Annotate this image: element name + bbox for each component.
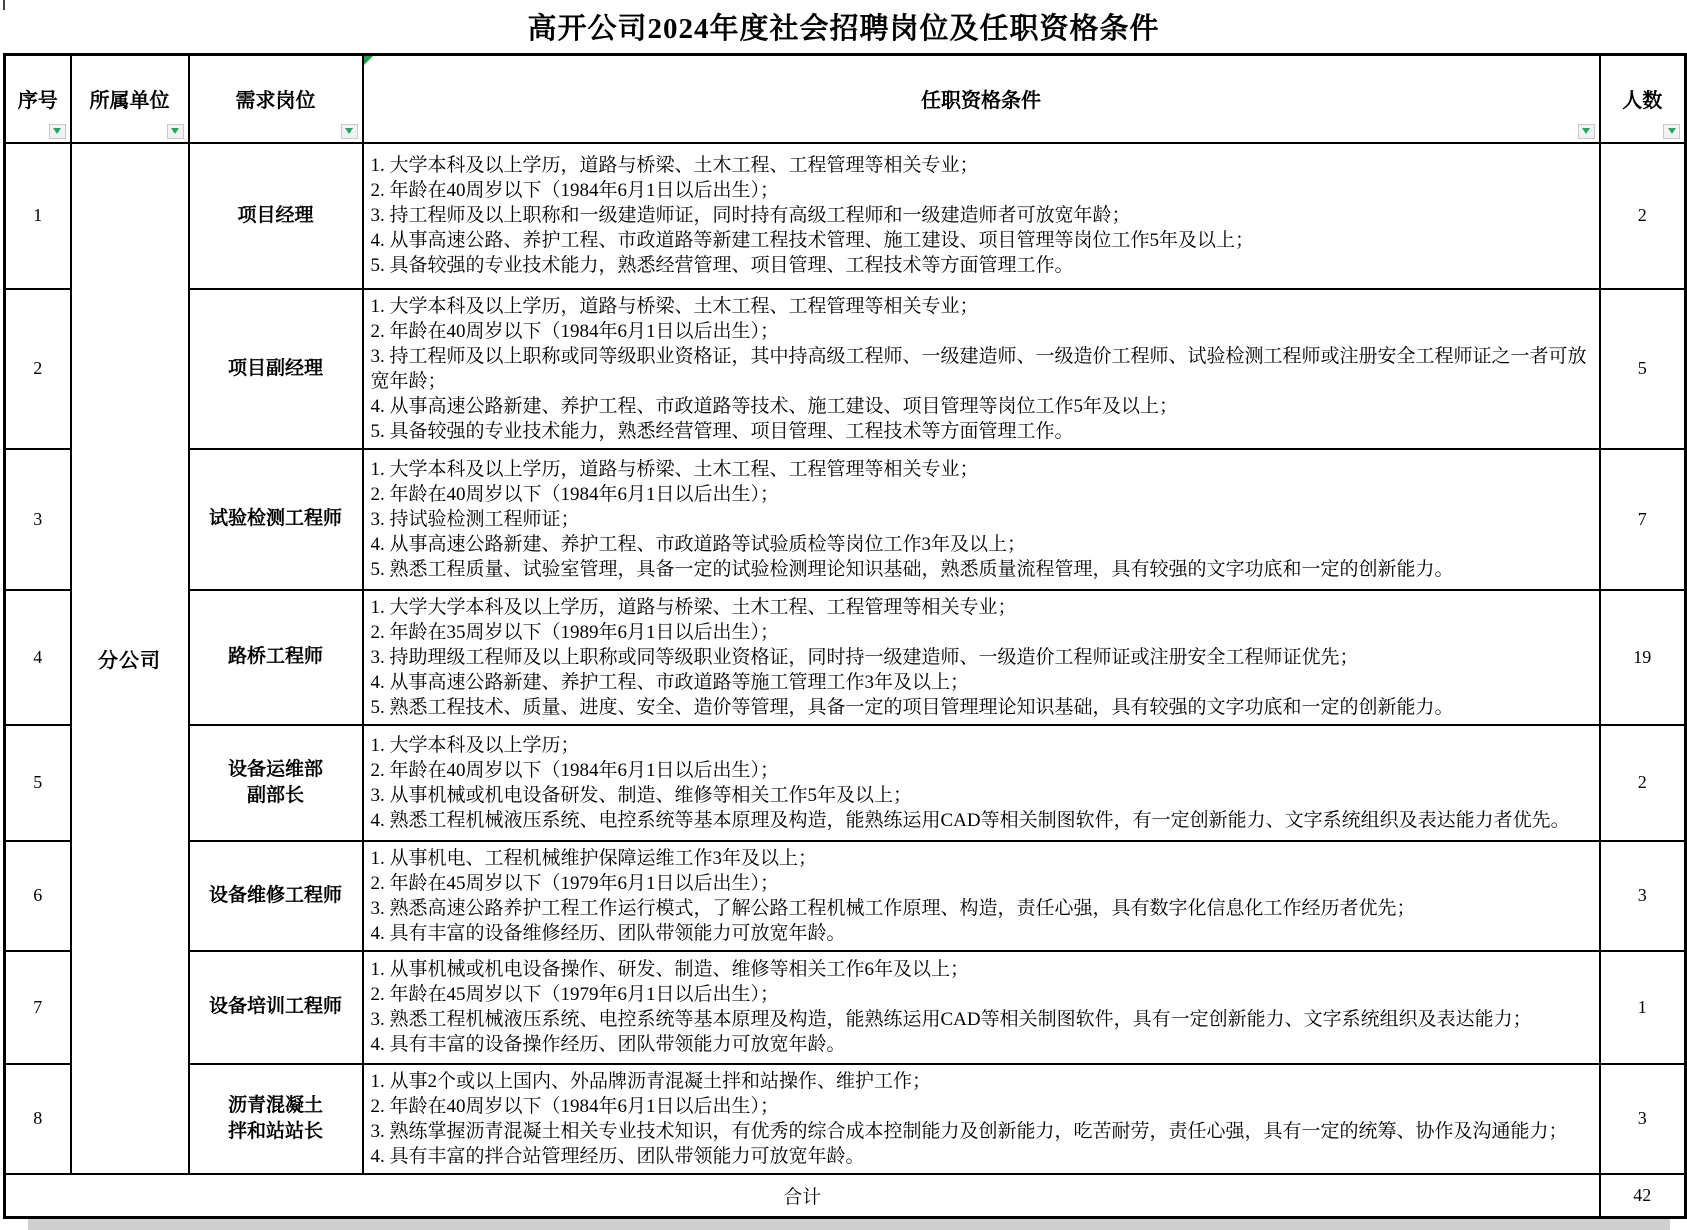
filter-dropdown-icon (1582, 128, 1590, 134)
recruitment-table: 序号 所属单位 需求岗位 任职资格条件 人数 1 分公司 (3, 53, 1687, 1219)
requirement-item: 3. 熟悉工程机械液压系统、电控系统等基本原理及构造，能熟练运用CAD等相关制图… (371, 1007, 1587, 1032)
requirement-item: 4. 具有丰富的设备操作经历、团队带领能力可放宽年龄。 (371, 1032, 1587, 1057)
requirement-item: 2. 年龄在40周岁以下（1984年6月1日以后出生）； (371, 1094, 1587, 1119)
requirement-item: 4. 从事高速公路、养护工程、市政道路等新建工程技术管理、施工建设、项目管理等岗… (371, 228, 1587, 253)
header-headcount: 人数 (1600, 55, 1686, 143)
qualifications-cell: 1. 大学本科及以上学历，道路与桥梁、土木工程、工程管理等相关专业； 2. 年龄… (363, 449, 1600, 590)
filter-dropdown-icon (1668, 128, 1676, 134)
table-row: 7 设备培训工程师 1. 从事机械或机电设备操作、研发、制造、维修等相关工作6年… (5, 951, 1686, 1064)
position-cell: 设备培训工程师 (189, 951, 363, 1064)
row-number-cell: 5 (5, 725, 71, 841)
headcount-cell: 1 (1600, 951, 1686, 1064)
row-number-cell: 1 (5, 143, 71, 289)
requirement-item: 3. 持工程师及以上职称或同等级职业资格证，其中持高级工程师、一级建造师、一级造… (371, 344, 1587, 394)
headcount-cell: 2 (1600, 143, 1686, 289)
filter-dropdown-button-no[interactable] (49, 124, 66, 139)
header-unit-label: 所属单位 (90, 90, 170, 112)
unit-merged-cell: 分公司 (71, 143, 189, 1174)
cell-corner-marker-icon (364, 56, 373, 65)
header-qualifications-label: 任职资格条件 (921, 90, 1041, 112)
position-line: 项目经理 (190, 203, 362, 229)
position-line: 项目副经理 (190, 356, 362, 382)
qualifications-cell: 1. 大学本科及以上学历，道路与桥梁、土木工程、工程管理等相关专业； 2. 年龄… (363, 289, 1600, 449)
qualifications-cell: 1. 从事机电、工程机械维护保障运维工作3年及以上； 2. 年龄在45周岁以下（… (363, 841, 1600, 951)
requirement-item: 4. 从事高速公路新建、养护工程、市政道路等试验质检等岗位工作3年及以上； (371, 532, 1587, 557)
position-cell: 设备维修工程师 (189, 841, 363, 951)
row-number-cell: 8 (5, 1064, 71, 1174)
requirement-item: 1. 从事机电、工程机械维护保障运维工作3年及以上； (371, 846, 1587, 871)
total-label-cell: 合计 (5, 1174, 1600, 1218)
filter-dropdown-icon (171, 128, 179, 134)
headcount-cell: 5 (1600, 289, 1686, 449)
row-number-cell: 6 (5, 841, 71, 951)
requirement-item: 3. 从事机械或机电设备研发、制造、维修等相关工作5年及以上； (371, 783, 1587, 808)
headcount-cell: 19 (1600, 590, 1686, 725)
position-line: 设备维修工程师 (190, 883, 362, 909)
requirement-item: 1. 从事机械或机电设备操作、研发、制造、维修等相关工作6年及以上； (371, 957, 1587, 982)
row-number-cell: 4 (5, 590, 71, 725)
table-row: 2 项目副经理 1. 大学本科及以上学历，道路与桥梁、土木工程、工程管理等相关专… (5, 289, 1686, 449)
qualifications-cell: 1. 大学本科及以上学历； 2. 年龄在40周岁以下（1984年6月1日以后出生… (363, 725, 1600, 841)
requirement-item: 4. 熟悉工程机械液压系统、电控系统等基本原理及构造，能熟练运用CAD等相关制图… (371, 808, 1587, 833)
table-row: 5 设备运维部 副部长 1. 大学本科及以上学历； 2. 年龄在40周岁以下（1… (5, 725, 1686, 841)
requirement-item: 1. 大学本科及以上学历； (371, 733, 1587, 758)
requirement-item: 5. 熟悉工程质量、试验室管理，具备一定的试验检测理论知识基础，熟悉质量流程管理… (371, 557, 1587, 582)
requirement-item: 1. 大学大学本科及以上学历，道路与桥梁、土木工程、工程管理等相关专业； (371, 595, 1587, 620)
filter-dropdown-button-qualifications[interactable] (1578, 124, 1595, 139)
filter-dropdown-button-unit[interactable] (167, 124, 184, 139)
position-line: 试验检测工程师 (190, 506, 362, 532)
requirement-item: 2. 年龄在35周岁以下（1989年6月1日以后出生）； (371, 620, 1587, 645)
table-row: 4 路桥工程师 1. 大学大学本科及以上学历，道路与桥梁、土木工程、工程管理等相… (5, 590, 1686, 725)
requirement-item: 4. 具有丰富的拌合站管理经历、团队带领能力可放宽年龄。 (371, 1144, 1587, 1169)
requirement-item: 5. 熟悉工程技术、质量、进度、安全、造价等管理，具备一定的项目管理理论知识基础… (371, 695, 1587, 720)
header-no: 序号 (5, 55, 71, 143)
position-cell: 路桥工程师 (189, 590, 363, 725)
header-no-label: 序号 (18, 90, 58, 112)
filter-dropdown-icon (53, 128, 61, 134)
requirement-item: 2. 年龄在40周岁以下（1984年6月1日以后出生）； (371, 758, 1587, 783)
qualifications-cell: 1. 大学本科及以上学历，道路与桥梁、土木工程、工程管理等相关专业； 2. 年龄… (363, 143, 1600, 289)
position-cell: 项目经理 (189, 143, 363, 289)
headcount-cell: 7 (1600, 449, 1686, 590)
requirement-item: 3. 持助理级工程师及以上职称或同等级职业资格证，同时持一级建造师、一级造价工程… (371, 645, 1587, 670)
position-line: 拌和站站长 (190, 1119, 362, 1145)
header-headcount-label: 人数 (1622, 90, 1662, 112)
requirement-item: 1. 大学本科及以上学历，道路与桥梁、土木工程、工程管理等相关专业； (371, 294, 1587, 319)
table-row: 6 设备维修工程师 1. 从事机电、工程机械维护保障运维工作3年及以上； 2. … (5, 841, 1686, 951)
bottom-shadow-strip (28, 1219, 1670, 1230)
requirement-item: 2. 年龄在45周岁以下（1979年6月1日以后出生）； (371, 982, 1587, 1007)
requirement-item: 4. 从事高速公路新建、养护工程、市政道路等施工管理工作3年及以上； (371, 670, 1587, 695)
table-row: 8 沥青混凝土 拌和站站长 1. 从事2个或以上国内、外品牌沥青混凝土拌和站操作… (5, 1064, 1686, 1174)
qualifications-cell: 1. 从事机械或机电设备操作、研发、制造、维修等相关工作6年及以上； 2. 年龄… (363, 951, 1600, 1064)
requirement-item: 1. 从事2个或以上国内、外品牌沥青混凝土拌和站操作、维护工作； (371, 1069, 1587, 1094)
filter-dropdown-button-headcount[interactable] (1663, 124, 1680, 139)
position-cell: 项目副经理 (189, 289, 363, 449)
headcount-cell: 3 (1600, 841, 1686, 951)
header-unit: 所属单位 (71, 55, 189, 143)
requirement-item: 4. 从事高速公路新建、养护工程、市政道路等技术、施工建设、项目管理等岗位工作5… (371, 394, 1587, 419)
requirement-item: 5. 具备较强的专业技术能力，熟悉经营管理、项目管理、工程技术等方面管理工作。 (371, 253, 1587, 278)
total-headcount-cell: 42 (1600, 1174, 1686, 1218)
requirement-item: 3. 持试验检测工程师证； (371, 507, 1587, 532)
requirement-item: 2. 年龄在40周岁以下（1984年6月1日以后出生）； (371, 319, 1587, 344)
header-row: 序号 所属单位 需求岗位 任职资格条件 人数 (5, 55, 1686, 143)
header-position: 需求岗位 (189, 55, 363, 143)
page-title: 高开公司2024年度社会招聘岗位及任职资格条件 (0, 0, 1687, 53)
qualifications-cell: 1. 大学大学本科及以上学历，道路与桥梁、土木工程、工程管理等相关专业； 2. … (363, 590, 1600, 725)
position-line: 设备培训工程师 (190, 994, 362, 1020)
requirement-item: 5. 具备较强的专业技术能力，熟悉经营管理、项目管理、工程技术等方面管理工作。 (371, 419, 1587, 444)
position-cell: 沥青混凝土 拌和站站长 (189, 1064, 363, 1174)
qualifications-cell: 1. 从事2个或以上国内、外品牌沥青混凝土拌和站操作、维护工作； 2. 年龄在4… (363, 1064, 1600, 1174)
requirement-item: 3. 熟练掌握沥青混凝土相关专业技术知识，有优秀的综合成本控制能力及创新能力，吃… (371, 1119, 1587, 1144)
headcount-cell: 3 (1600, 1064, 1686, 1174)
spreadsheet-page: 高开公司2024年度社会招聘岗位及任职资格条件 序号 所属单位 需求岗位 任职资… (0, 0, 1687, 1230)
position-cell: 试验检测工程师 (189, 449, 363, 590)
filter-dropdown-icon (345, 128, 353, 134)
position-line: 副部长 (190, 783, 362, 809)
requirement-item: 2. 年龄在40周岁以下（1984年6月1日以后出生）； (371, 178, 1587, 203)
requirement-item: 2. 年龄在45周岁以下（1979年6月1日以后出生）； (371, 871, 1587, 896)
total-row: 合计 42 (5, 1174, 1686, 1218)
row-number-cell: 2 (5, 289, 71, 449)
requirement-item: 1. 大学本科及以上学历，道路与桥梁、土木工程、工程管理等相关专业； (371, 153, 1587, 178)
position-line: 路桥工程师 (190, 644, 362, 670)
position-line: 设备运维部 (190, 757, 362, 783)
requirement-item: 3. 熟悉高速公路养护工程工作运行模式，了解公路工程机械工作原理、构造，责任心强… (371, 896, 1587, 921)
table-row: 1 分公司 项目经理 1. 大学本科及以上学历，道路与桥梁、土木工程、工程管理等… (5, 143, 1686, 289)
filter-dropdown-button-position[interactable] (341, 124, 358, 139)
requirement-item: 3. 持工程师及以上职称和一级建造师证，同时持有高级工程师和一级建造师者可放宽年… (371, 203, 1587, 228)
position-cell: 设备运维部 副部长 (189, 725, 363, 841)
requirement-item: 1. 大学本科及以上学历，道路与桥梁、土木工程、工程管理等相关专业； (371, 457, 1587, 482)
requirement-item: 4. 具有丰富的设备维修经历、团队带领能力可放宽年龄。 (371, 921, 1587, 946)
table-row: 3 试验检测工程师 1. 大学本科及以上学历，道路与桥梁、土木工程、工程管理等相… (5, 449, 1686, 590)
position-line: 沥青混凝土 (190, 1093, 362, 1119)
headcount-cell: 2 (1600, 725, 1686, 841)
header-position-label: 需求岗位 (236, 90, 316, 112)
gridline-remnant (3, 0, 5, 10)
requirement-item: 2. 年龄在40周岁以下（1984年6月1日以后出生）； (371, 482, 1587, 507)
header-qualifications: 任职资格条件 (363, 55, 1600, 143)
row-number-cell: 3 (5, 449, 71, 590)
row-number-cell: 7 (5, 951, 71, 1064)
